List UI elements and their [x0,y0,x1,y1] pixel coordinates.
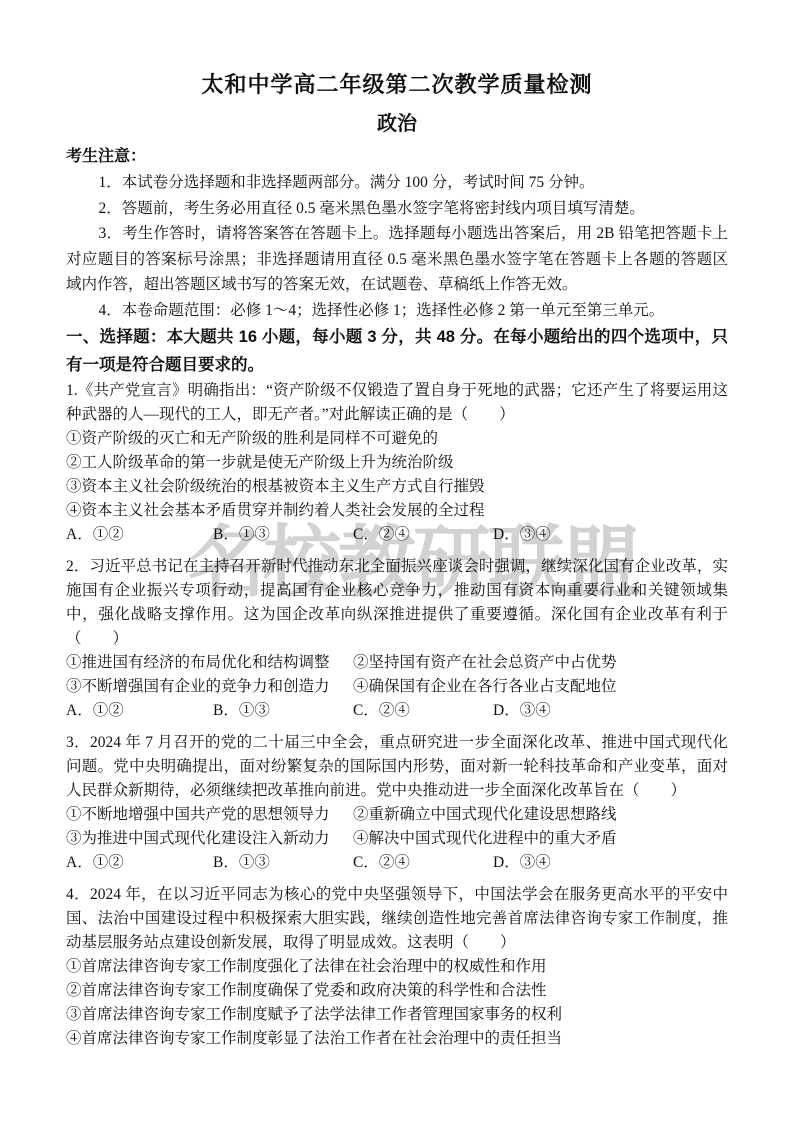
question-4-stem: 4．2024 年，在以习近平同志为核心的党中央坚强领导下，中国法学会在服务更高水… [66,883,728,955]
question-1-choice-d: D．③④ [493,523,728,547]
question-4-option-2: ②首席法律咨询专家工作制度确保了党委和政府决策的科学性和合法性 [66,979,728,1003]
question-2-choice-d: D．③④ [493,699,728,723]
question-2-choice-a: A．①② [66,699,213,723]
question-3-option-3: ③为推进中国式现代化建设注入新动力 [66,827,353,851]
question-1-option-2: ②工人阶级革命的第一步就是使无产阶级上升为统治阶级 [66,451,728,475]
doc-subject: 政治 [66,110,728,138]
question-4-option-1: ①首席法律咨询专家工作制度强化了法律在社会治理中的权威性和作用 [66,955,728,979]
question-3-option-4: ④解决中国式现代化进程中的重大矛盾 [353,827,728,851]
page-content: 太和中学高二年级第二次教学质量检测 政治 考生注意： 1．本试卷分选择题和非选择… [66,70,728,1051]
question-3-stem: 3．2024 年 7 月召开的党的二十届三中全会，重点研究进一步全面深化改革、推… [66,731,728,803]
notice-heading: 考生注意： [66,144,728,170]
question-4: 4．2024 年，在以习近平同志为核心的党中央坚强领导下，中国法学会在服务更高水… [66,883,728,1051]
question-3: 3．2024 年 7 月召开的党的二十届三中全会，重点研究进一步全面深化改革、推… [66,731,728,875]
question-2-option-1: ①推进国有经济的布局优化和结构调整 [66,651,353,675]
section-heading: 一、选择题：本大题共 16 小题，每小题 3 分，共 48 分。在每小题给出的四… [66,323,728,379]
question-2-option-4: ④确保国有企业在各行各业占支配地位 [353,675,728,699]
question-3-option-row-2: ③为推进中国式现代化建设注入新动力 ④解决中国式现代化进程中的重大矛盾 [66,827,728,851]
question-3-choices: A．①② B．①③ C．②④ D．③④ [66,851,728,875]
question-1: 1.《共产党宣言》明确指出：“资产阶级不仅锻造了置自身于死地的武器；它还产生了将… [66,379,728,547]
question-2-choice-c: C．②④ [353,699,493,723]
question-2-choices: A．①② B．①③ C．②④ D．③④ [66,699,728,723]
question-1-choices: A．①② B．①③ C．②④ D．③④ [66,523,728,547]
question-3-choice-d: D．③④ [493,851,728,875]
question-3-choice-b: B．①③ [213,851,353,875]
question-3-option-row-1: ①不断地增强中国共产党的思想领导力 ②重新确立中国式现代化建设思想路线 [66,803,728,827]
question-2-stem: 2．习近平总书记在主持召开新时代推动东北全面振兴座谈会时强调，继续深化国有企业改… [66,555,728,651]
notice-item-2: 2．答题前，考生务必用直径 0.5 毫米黑色墨水签字笔将密封线内项目填写清楚。 [66,196,728,222]
question-3-option-1: ①不断地增强中国共产党的思想领导力 [66,803,353,827]
question-1-option-4: ④资本主义社会基本矛盾贯穿并制约着人类社会发展的全过程 [66,499,728,523]
question-1-choice-a: A．①② [66,523,213,547]
question-2-choice-b: B．①③ [213,699,353,723]
question-1-choice-b: B．①③ [213,523,353,547]
question-3-choice-a: A．①② [66,851,213,875]
question-4-option-3: ③首席法律咨询专家工作制度赋予了法学法律工作者管理国家事务的权利 [66,1003,728,1027]
question-2: 2．习近平总书记在主持召开新时代推动东北全面振兴座谈会时强调，继续深化国有企业改… [66,555,728,723]
question-1-option-3: ③资本主义社会阶级统治的根基被资本主义生产方式自行摧毁 [66,475,728,499]
question-2-option-row-1: ①推进国有经济的布局优化和结构调整 ②坚持国有资产在社会总资产中占优势 [66,651,728,675]
notice-item-1: 1．本试卷分选择题和非选择题两部分。满分 100 分，考试时间 75 分钟。 [66,170,728,196]
question-3-choice-c: C．②④ [353,851,493,875]
question-1-stem: 1.《共产党宣言》明确指出：“资产阶级不仅锻造了置自身于死地的武器；它还产生了将… [66,379,728,427]
notice-item-3: 3．考生作答时，请将答案答在答题卡上。选择题每小题选出答案后，用 2B 铅笔把答… [66,221,728,298]
notice-item-4: 4．本卷命题范围：必修 1～4；选择性必修 1；选择性必修 2 第一单元至第三单… [66,298,728,324]
doc-title: 太和中学高二年级第二次教学质量检测 [66,70,728,100]
exam-page: 名校教研联盟 太和中学高二年级第二次教学质量检测 政治 考生注意： 1．本试卷分… [0,0,794,1123]
question-3-option-2: ②重新确立中国式现代化建设思想路线 [353,803,728,827]
question-1-option-1: ①资产阶级的灭亡和无产阶级的胜利是同样不可避免的 [66,427,728,451]
question-4-option-4: ④首席法律咨询专家工作制度彰显了法治工作者在社会治理中的责任担当 [66,1027,728,1051]
question-2-option-2: ②坚持国有资产在社会总资产中占优势 [353,651,728,675]
question-2-option-row-2: ③不断增强国有企业的竞争力和创造力 ④确保国有企业在各行各业占支配地位 [66,675,728,699]
question-1-choice-c: C．②④ [353,523,493,547]
question-2-option-3: ③不断增强国有企业的竞争力和创造力 [66,675,353,699]
